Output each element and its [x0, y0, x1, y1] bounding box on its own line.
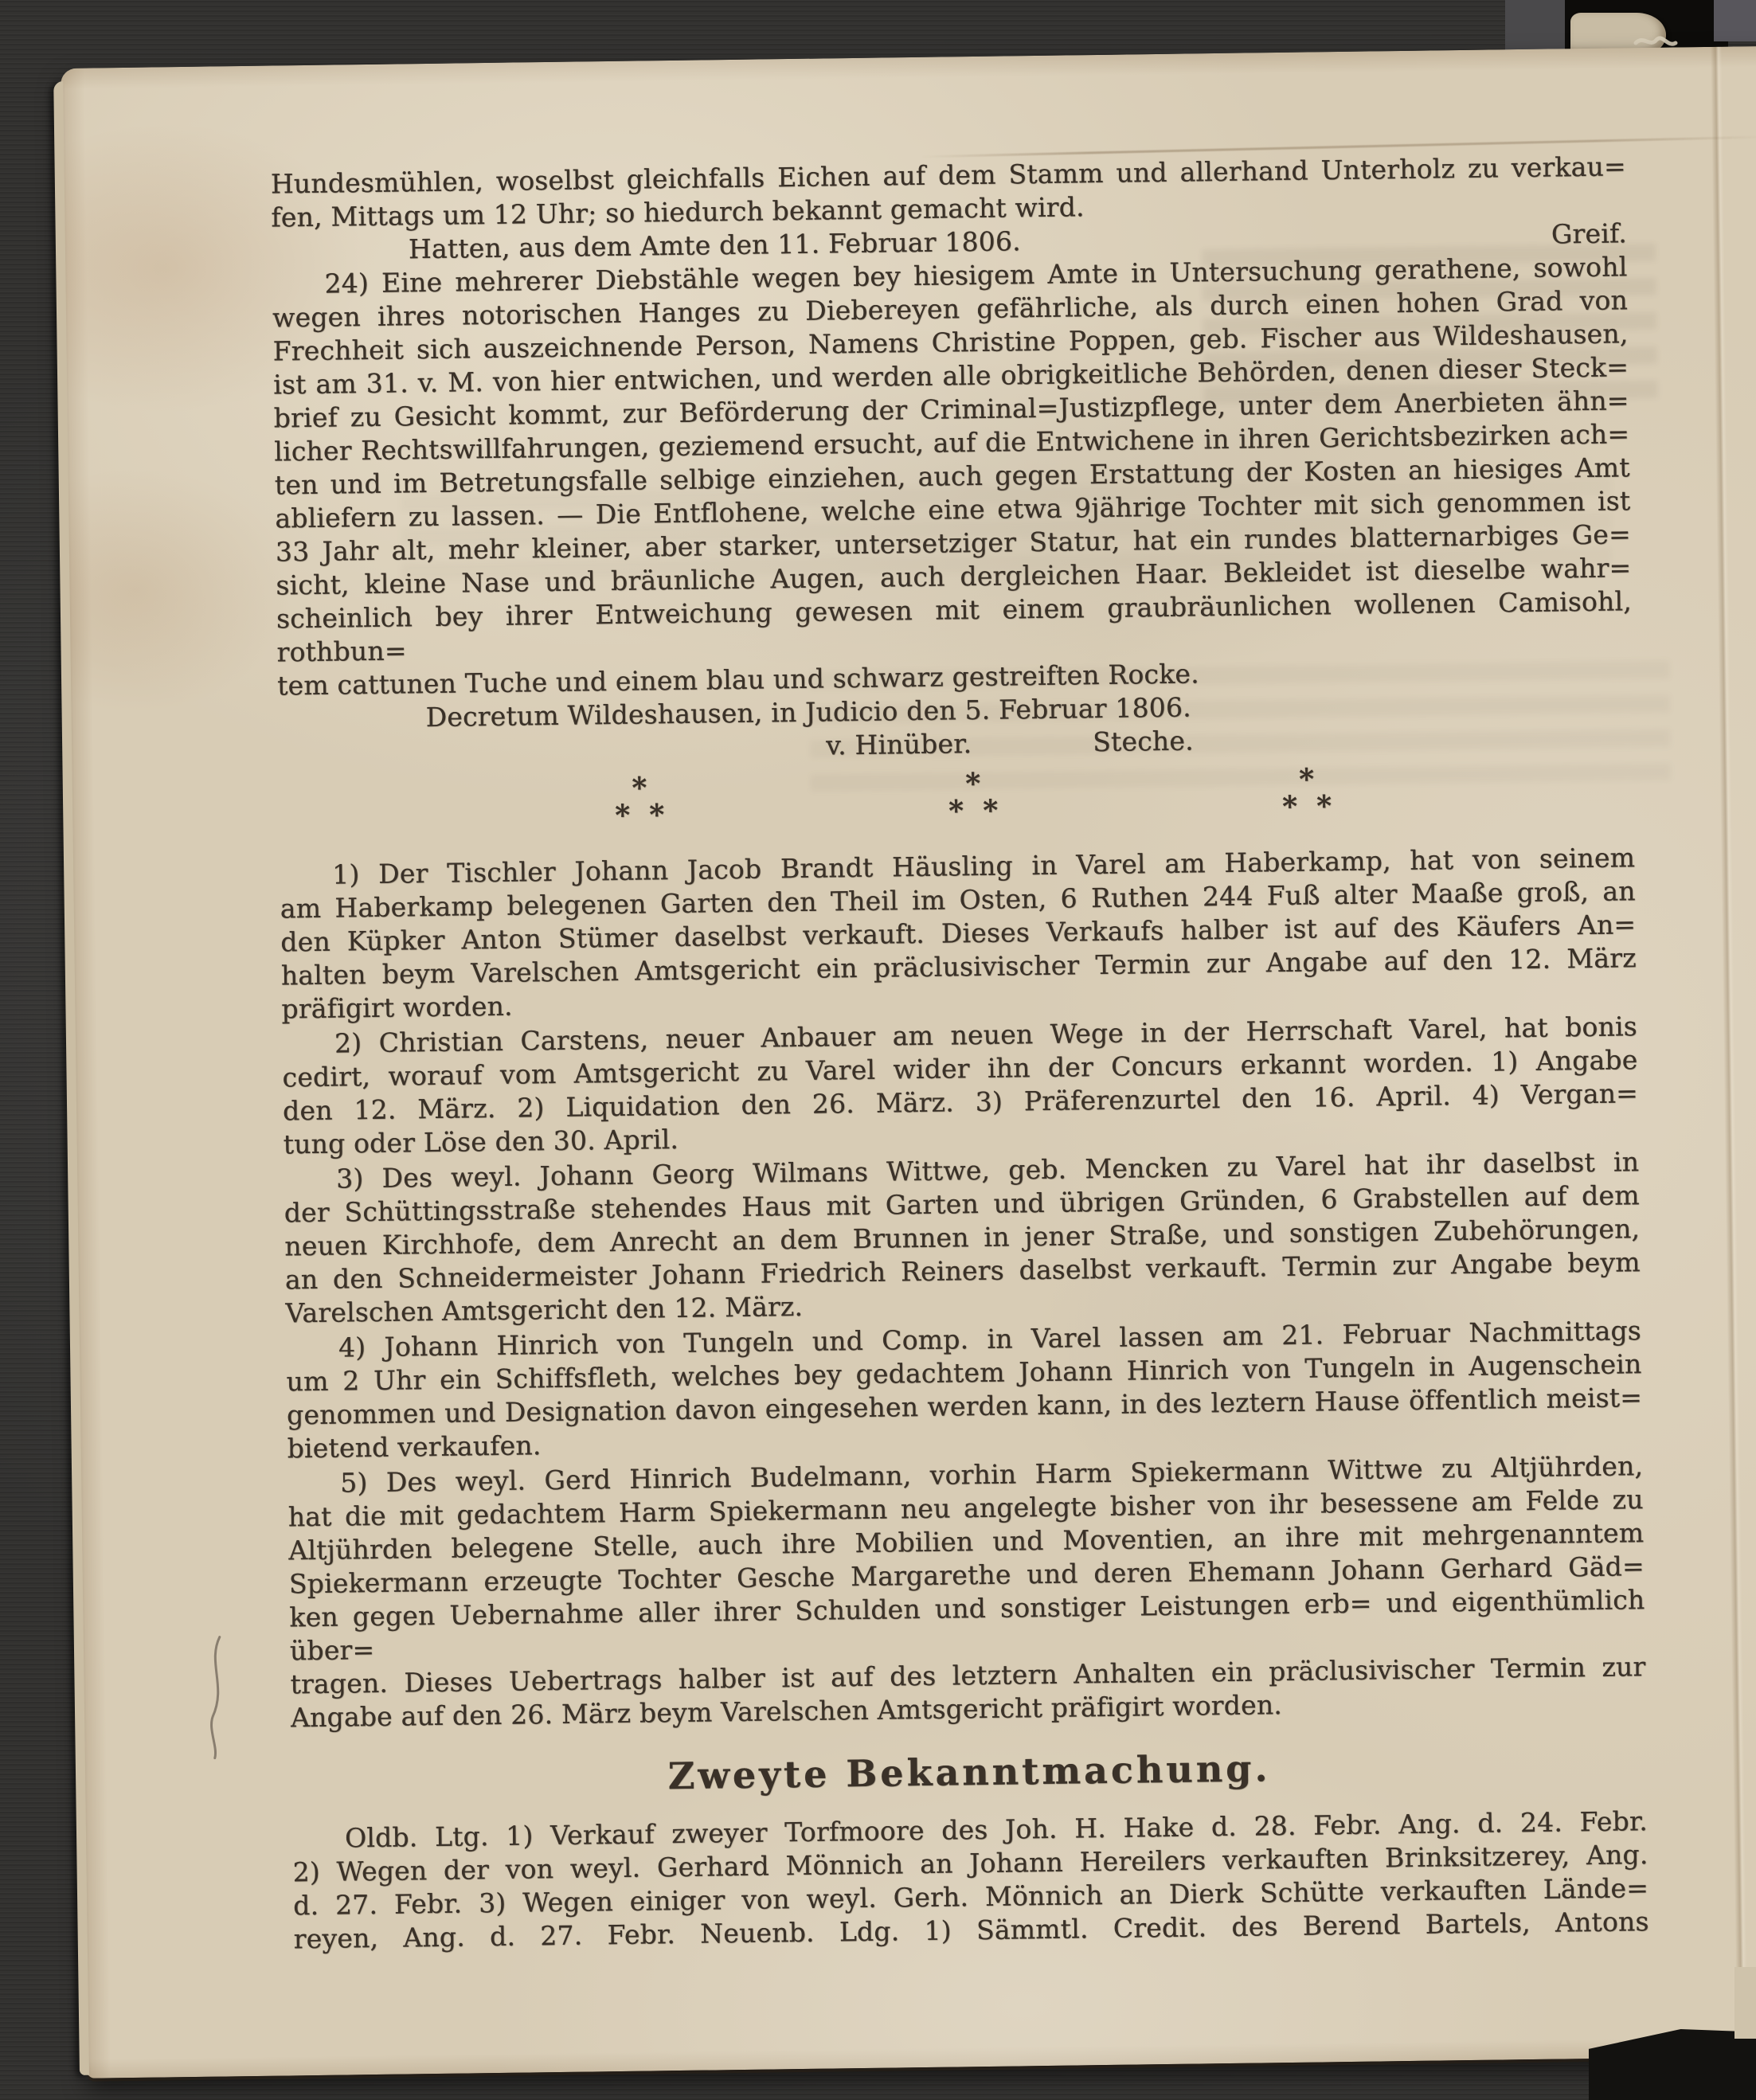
asterisk-glyph: *: [965, 772, 980, 796]
asterism-icon: * * *: [615, 776, 665, 847]
asterisk-glyph: *: [1282, 793, 1297, 820]
asterisk-glyph: *: [948, 797, 964, 824]
notice-item: 5) Des weyl. Gerd Hinrich Budelmann, vor…: [287, 1449, 1646, 1734]
dateline-signature: Greif.: [1551, 217, 1627, 251]
notice-item: 4) Johann Hinrich von Tungeln und Comp. …: [286, 1314, 1643, 1465]
signature-left: v. Hinüber.: [826, 727, 972, 762]
text-column: Hundesmühlen, woselbst gleichfalls Eiche…: [271, 150, 1649, 1956]
section-heading: Zweyte Bekanntmachung.: [291, 1741, 1648, 1803]
second-announcement: Oldb. Ltg. 1) Verkauf zweyer Torfmoore d…: [292, 1805, 1649, 1956]
asterism-icon: * * *: [948, 772, 999, 843]
signature-right: Steche.: [1093, 724, 1194, 759]
asterisk-glyph: *: [1316, 792, 1332, 819]
pen-mark: [201, 1633, 234, 1762]
photo-stage: Hundesmühlen, woselbst gleichfalls Eiche…: [0, 0, 1756, 2100]
asterisk-glyph: *: [983, 797, 998, 824]
asterisk-glyph: *: [1299, 767, 1314, 791]
notice-item: 2) Christian Carstens, neuer Anbauer am …: [282, 1010, 1639, 1161]
page-edge-sliver: [1734, 1967, 1756, 2039]
asterisk-glyph: *: [649, 801, 664, 828]
section-separator: * * * * * * * * *: [615, 767, 1332, 847]
notice-item: 3) Des weyl. Johann Georg Wilmans Wittwe…: [284, 1145, 1641, 1330]
asterism-icon: * * *: [1282, 767, 1332, 838]
notice-item: 1) Der Tischler Johann Jacob Brandt Häus…: [280, 841, 1637, 1026]
fold-crease: [1711, 47, 1748, 2057]
asterisk-glyph: *: [632, 776, 647, 800]
backdrop-strip-right: [1714, 0, 1756, 41]
backdrop-strip: [1505, 0, 1565, 56]
page: Hundesmühlen, woselbst gleichfalls Eiche…: [61, 46, 1756, 2078]
asterisk-glyph: *: [615, 802, 630, 829]
